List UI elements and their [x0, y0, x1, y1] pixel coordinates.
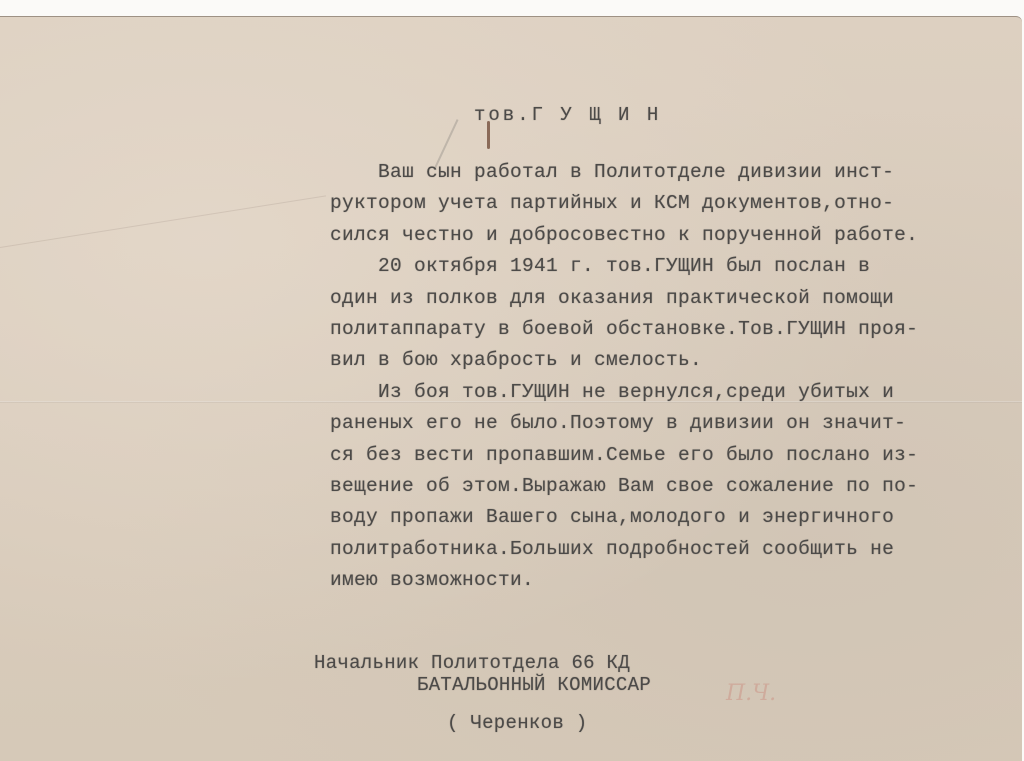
body-line: вил в бою храбрость и смелость.: [330, 349, 702, 371]
body-line: политаппарату в боевой обстановке.Тов.ГУ…: [330, 318, 918, 340]
body-line: 20 октября 1941 г. тов.ГУЩИН был послан …: [330, 255, 870, 277]
body-line: Из боя тов.ГУЩИН не вернулся,среди убиты…: [330, 381, 894, 403]
body-line: Ваш сын работал в Политотделе дивизии ин…: [330, 161, 894, 183]
letter-paper: тов.Г У Щ И Н Ваш сын работал в Политотд…: [0, 16, 1022, 761]
body-line: воду пропажи Вашего сына,молодого и энер…: [330, 506, 894, 528]
signature-name: ( Черенков ): [447, 712, 587, 734]
body-line: один из полков для оказания практической…: [330, 287, 894, 309]
signature-position: Начальник Политотдела 66 КД: [314, 652, 630, 674]
body-line: имею возможности.: [330, 569, 534, 591]
body-line: ся без вести пропавшим.Семье его было по…: [330, 444, 918, 466]
addressee: тов.Г У Щ И Н: [474, 104, 661, 126]
body-line: вещение об этом.Выражаю Вам свое сожален…: [330, 475, 918, 497]
body-line: руктором учета партийных и КСМ документо…: [330, 192, 894, 214]
handwritten-red-mark: П.Ч.: [726, 681, 776, 706]
body-line: сился честно и добросовестно к порученно…: [330, 224, 918, 246]
body-line: политработника.Больших подробностей сооб…: [330, 538, 894, 560]
paper-crease-left: [0, 195, 326, 248]
body-line: раненых его не было.Поэтому в дивизии он…: [330, 412, 906, 434]
signature-rank: БАТАЛЬОННЫЙ КОМИССАР: [417, 674, 651, 696]
